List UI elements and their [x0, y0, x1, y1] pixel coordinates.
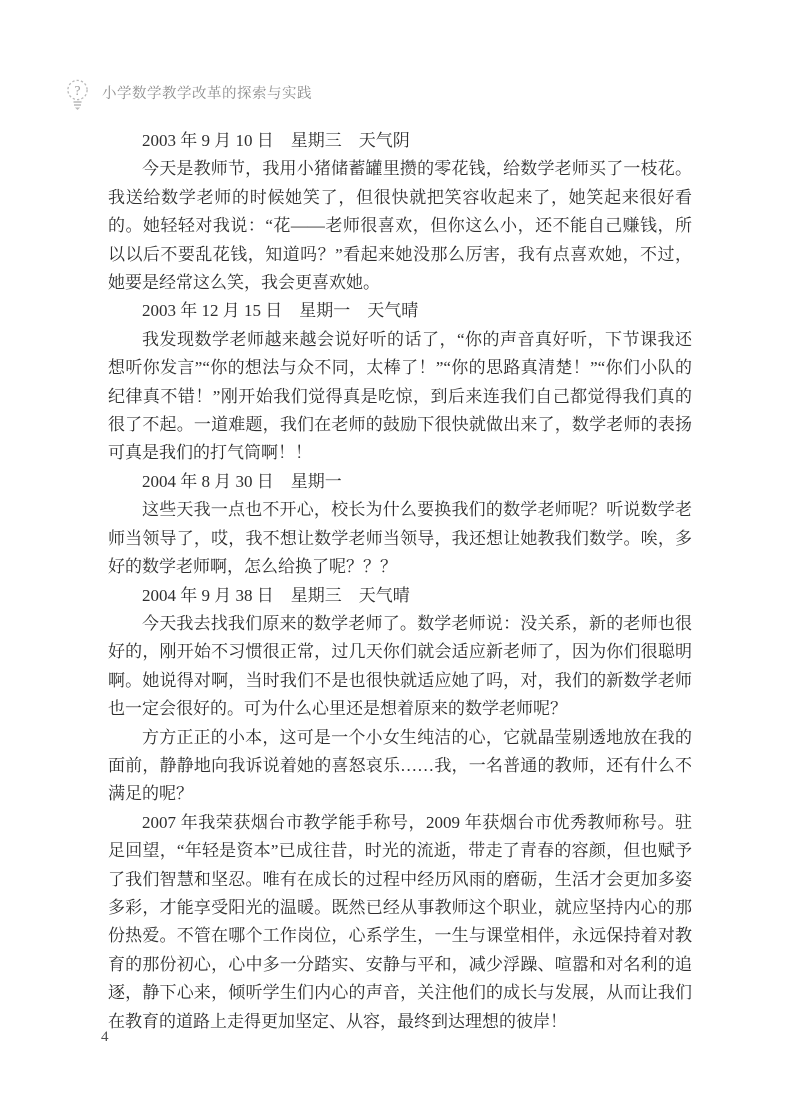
book-page: ? 小学数学教学改革的探索与实践 2003 年 9 月 10 日 星期三 天气阴… [0, 0, 799, 1118]
diary-paragraph: 我发现数学老师越来越会说好听的话了，“你的声音真好听，下节课我还想听你发言”“你… [108, 326, 692, 468]
page-number: 4 [101, 1029, 109, 1045]
svg-text:?: ? [75, 83, 81, 98]
reflection-paragraph: 2007 年我荣获烟台市教学能手称号，2009 年获烟台市优秀教师称号。驻足回望… [108, 809, 692, 1036]
diary-paragraph: 今天是教师节，我用小猪储蓄罐里攒的零花钱，给数学老师买了一枝花。我送给数学老师的… [108, 155, 692, 297]
page-content: 2003 年 9 月 10 日 星期三 天气阴 今天是教师节，我用小猪储蓄罐里攒… [108, 127, 692, 1036]
diary-date-line: 2003 年 12 月 15 日 星期一 天气晴 [108, 297, 692, 325]
diary-date-line: 2004 年 8 月 30 日 星期一 [108, 468, 692, 496]
reflection-paragraph: 方方正正的小本，这可是一个小女生纯洁的心，它就晶莹剔透地放在我的面前，静静地向我… [108, 724, 692, 809]
page-header: ? 小学数学教学改革的探索与实践 [64, 78, 312, 111]
book-title: 小学数学教学改革的探索与实践 [102, 82, 312, 107]
diary-paragraph: 今天我去找我们原来的数学老师了。数学老师说：没关系，新的老师也很好的，刚开始不习… [108, 610, 692, 724]
diary-paragraph: 这些天我一点也不开心，校长为什么要换我们的数学老师呢？听说数学老师当领导了，哎，… [108, 496, 692, 581]
diary-date-line: 2003 年 9 月 10 日 星期三 天气阴 [108, 127, 692, 155]
lightbulb-question-icon: ? [64, 78, 91, 111]
diary-date-line: 2004 年 9 月 38 日 星期三 天气晴 [108, 582, 692, 610]
page-footer: 4 [101, 1029, 109, 1046]
